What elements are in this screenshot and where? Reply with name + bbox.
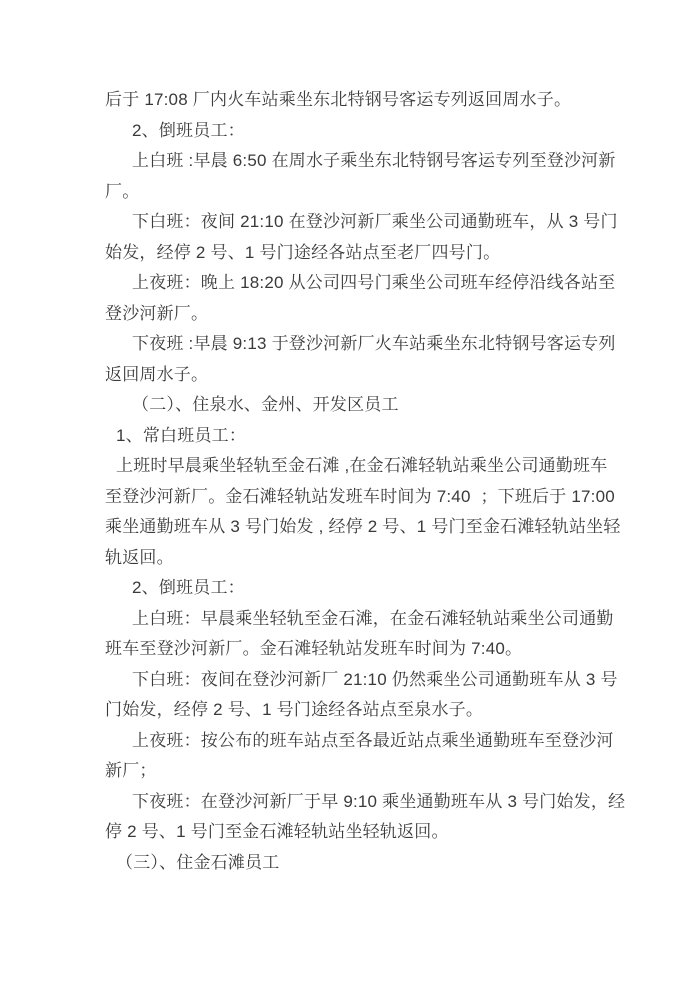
text-line: 登沙河新厂。 — [105, 299, 607, 330]
text-line: 上夜班：晚上 18:20 从公司四号门乘坐公司班车经停沿线各站至 — [105, 268, 607, 299]
text-line: 至登沙河新厂。金石滩轻轨站发班车时间为 7:40 ；下班后于 17:00 — [105, 482, 607, 513]
text-line: 班车至登沙河新厂。金石滩轻轨站发班车时间为 7:40。 — [105, 634, 607, 665]
text-line: 1、常白班员工： — [105, 421, 607, 452]
text-line: 上班时早晨乘坐轻轨至金石滩 ,在金石滩轻轨站乘坐公司通勤班车 — [105, 451, 607, 482]
text-line: 乘坐通勤班车从 3 号门始发 , 经停 2 号、1 号门至金石滩轻轨站坐轻 — [105, 512, 607, 543]
text-line: （二）、住泉水、金州、开发区员工 — [105, 390, 607, 421]
text-line: 轨返回。 — [105, 543, 607, 574]
text-line: 下夜班 :早晨 9:13 于登沙河新厂火车站乘坐东北特钢号客运专列 — [105, 329, 607, 360]
document-text-block: 后于 17:08 厂内火车站乘坐东北特钢号客运专列返回周水子。2、倒班员工：上白… — [105, 85, 607, 878]
text-line: （三）、住金石滩员工 — [105, 848, 607, 879]
document-page: 后于 17:08 厂内火车站乘坐东北特钢号客运专列返回周水子。2、倒班员工：上白… — [0, 0, 700, 990]
text-line: 上白班 :早晨 6:50 在周水子乘坐东北特钢号客运专列至登沙河新 — [105, 146, 607, 177]
text-line: 门始发，经停 2 号、1 号门途经各站点至泉水子。 — [105, 695, 607, 726]
text-line: 2、倒班员工： — [105, 116, 607, 147]
text-line: 2、倒班员工： — [105, 573, 607, 604]
text-line: 新厂； — [105, 756, 607, 787]
text-line: 停 2 号、1 号门至金石滩轻轨站坐轻轨返回。 — [105, 817, 607, 848]
text-line: 厂。 — [105, 177, 607, 208]
text-line: 后于 17:08 厂内火车站乘坐东北特钢号客运专列返回周水子。 — [105, 85, 607, 116]
text-line: 返回周水子。 — [105, 360, 607, 391]
text-line: 下夜班：在登沙河新厂于早 9:10 乘坐通勤班车从 3 号门始发，经 — [105, 787, 607, 818]
text-line: 上夜班：按公布的班车站点至各最近站点乘坐通勤班车至登沙河 — [105, 726, 607, 757]
text-line: 下白班：夜间 21:10 在登沙河新厂乘坐公司通勤班车，从 3 号门 — [105, 207, 607, 238]
text-line: 下白班：夜间在登沙河新厂 21:10 仍然乘坐公司通勤班车从 3 号 — [105, 665, 607, 696]
text-line: 始发，经停 2 号、1 号门途经各站点至老厂四号门。 — [105, 238, 607, 269]
text-line: 上白班：早晨乘坐轻轨至金石滩，在金石滩轻轨站乘坐公司通勤 — [105, 604, 607, 635]
